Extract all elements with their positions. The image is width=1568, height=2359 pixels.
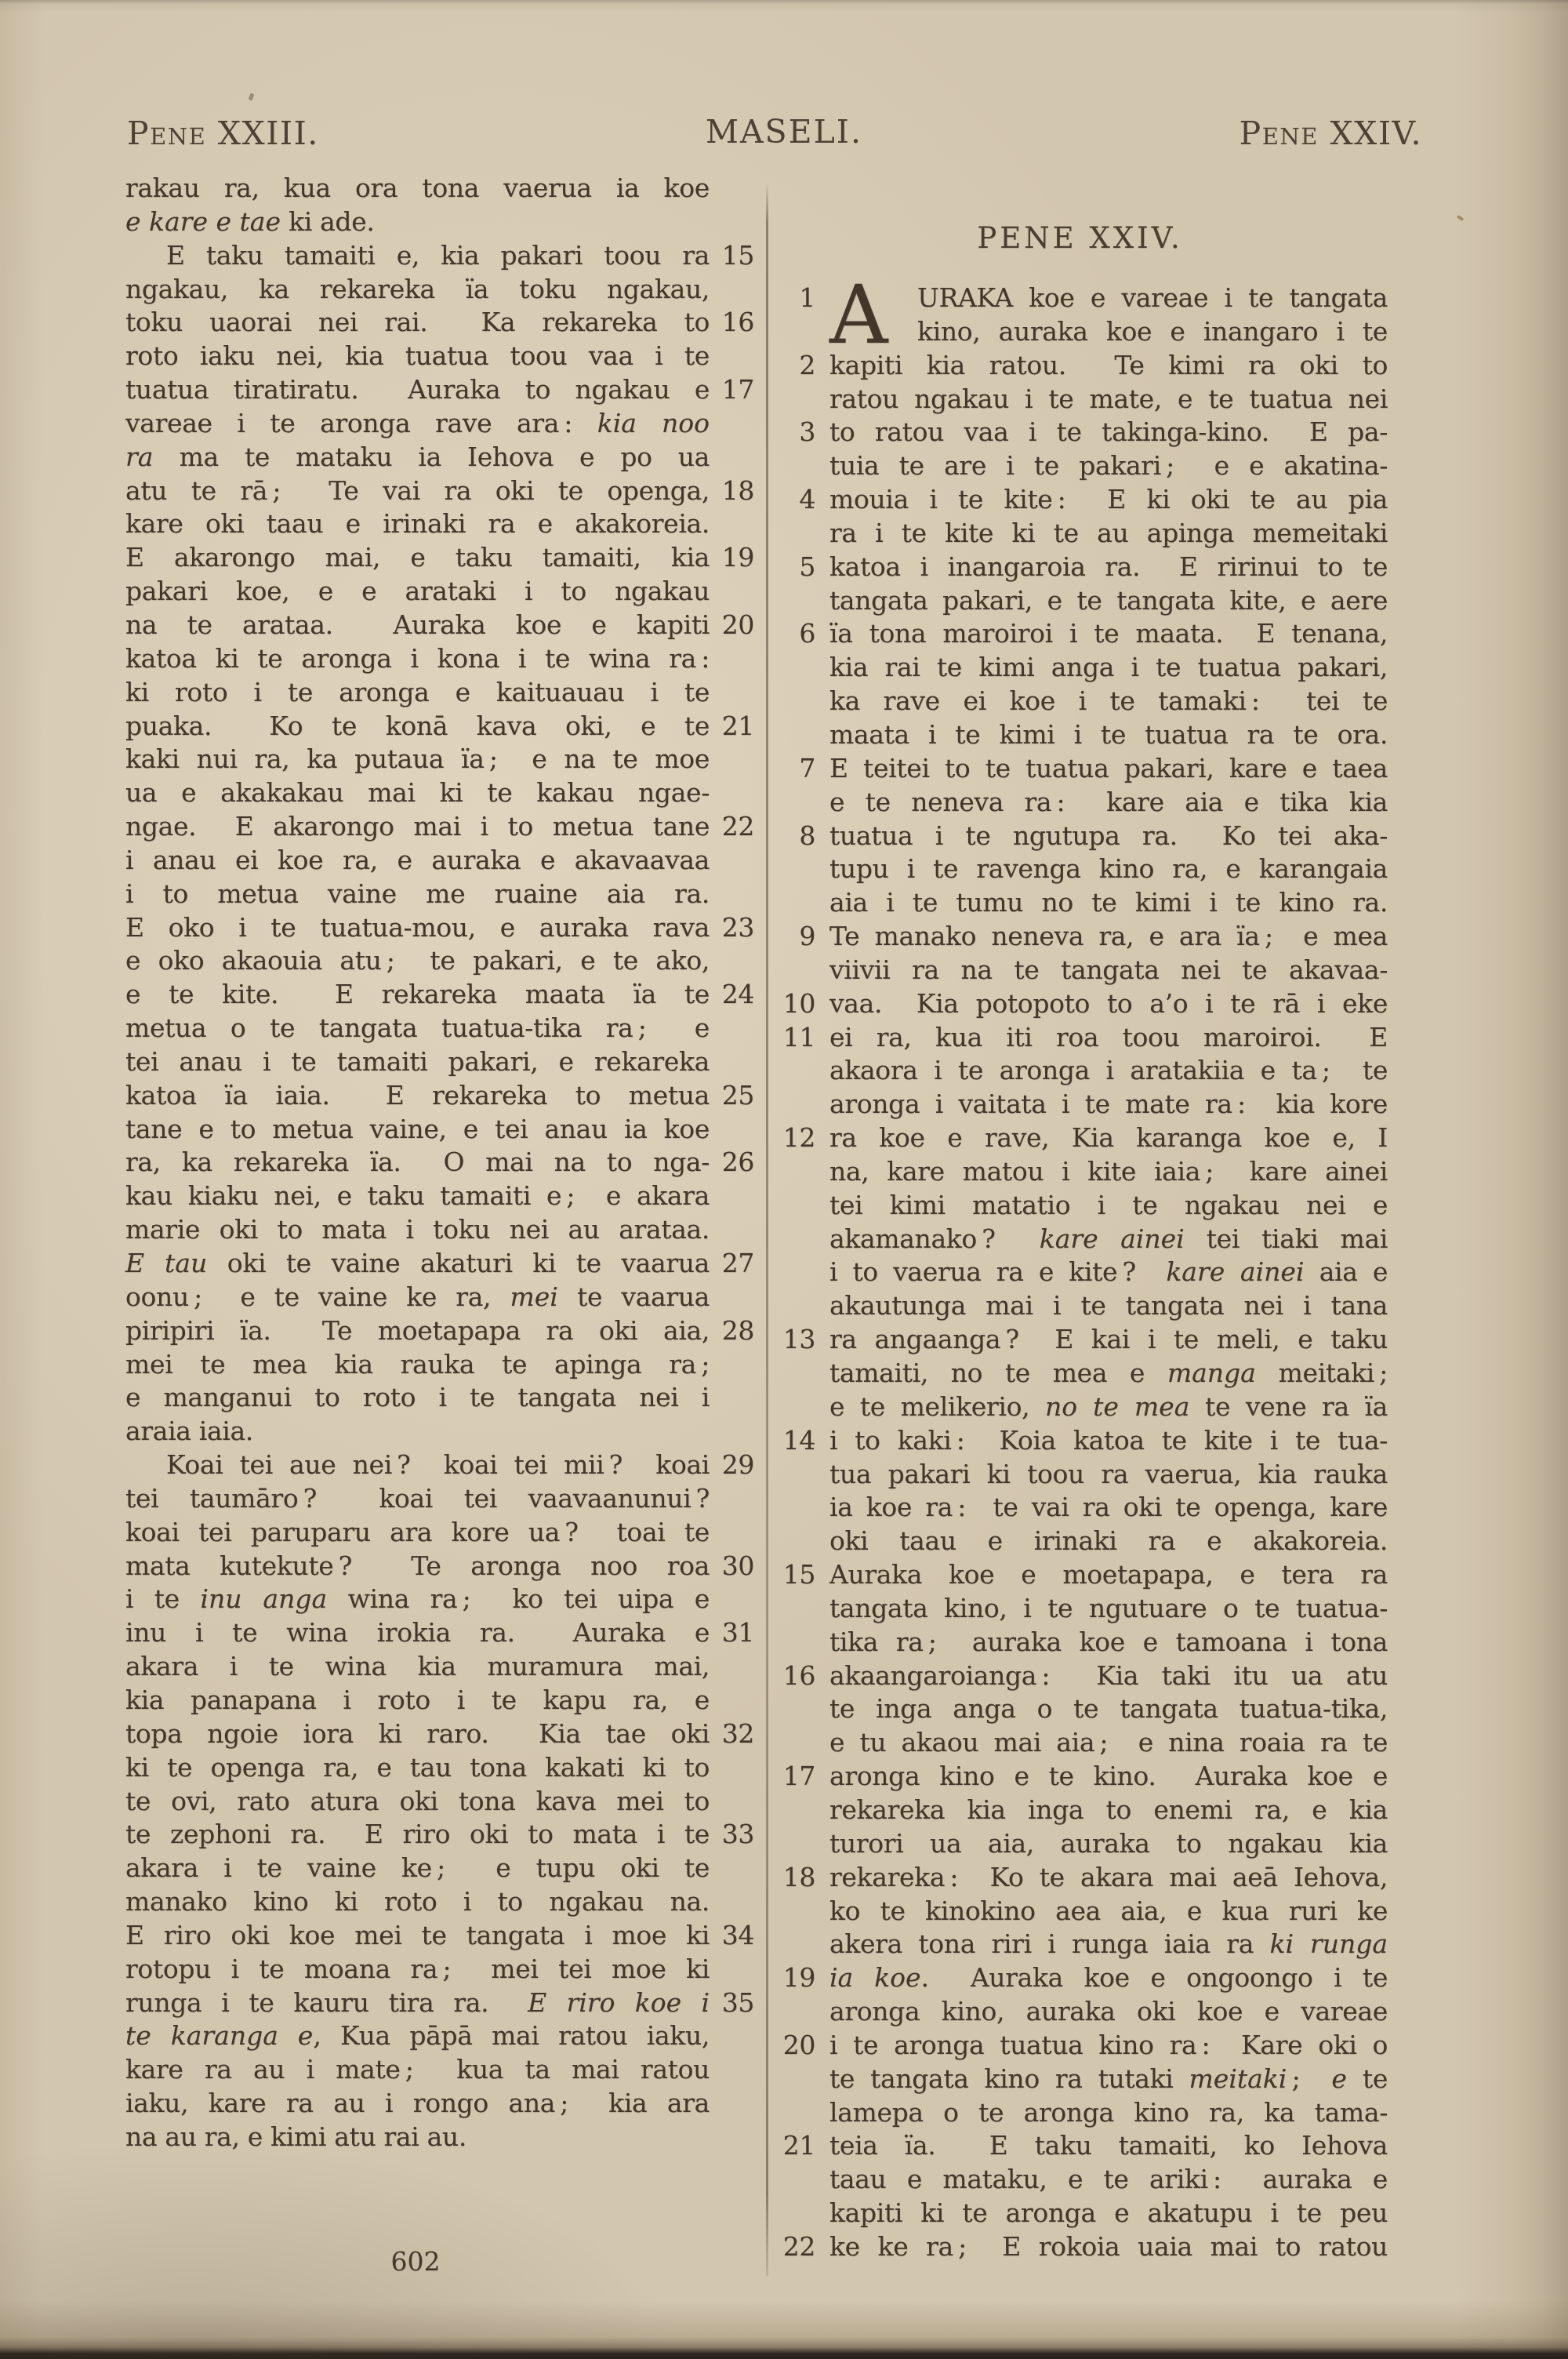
- verse-text: kino, auraka koe e inangaro i te: [829, 315, 1388, 349]
- verse-line: kau kiaku nei, e taku tamaiti e ; e akar…: [125, 1179, 754, 1213]
- verse-text: na au ra, e kimi atu rai au.: [125, 2121, 710, 2154]
- verse-number: [710, 340, 754, 373]
- verse-line: ua e akakakau mai ki te kakau ngae-: [125, 776, 754, 810]
- verse-number: [775, 1458, 815, 1492]
- verse-number: 12: [775, 1121, 815, 1155]
- verse-line: mei te mea kia rauka te apinga ra ;: [125, 1348, 754, 1382]
- verse-text: na te arataa. Auraka koe e kapiti: [125, 609, 710, 642]
- verse-number: 23: [710, 911, 754, 945]
- verse-number: 32: [710, 1717, 754, 1751]
- verse-line: E riro oki koe mei te tangata i moe ki34: [125, 1919, 754, 1953]
- verse-line: na te arataa. Auraka koe e kapiti20: [125, 609, 754, 642]
- verse-number: [775, 1692, 815, 1726]
- verse-line: na au ra, e kimi atu rai au.: [125, 2121, 754, 2154]
- verse-text: oonu ; e te vaine ke ra, mei te vaarua: [125, 1281, 710, 1314]
- verse-number: 3: [775, 416, 815, 449]
- verse-line: metua o te tangata tuatua-tika ra ; e: [125, 1012, 754, 1045]
- verse-number: [710, 642, 754, 676]
- verse-line: 4mouia i te kite : E ki oki te au pia: [775, 483, 1388, 517]
- verse-text: na, kare matou i kite iaia ; kare ainei: [829, 1155, 1388, 1189]
- verse-number: 6: [775, 617, 815, 651]
- verse-text: te tangata kino ra tutaki meitaki ; e te: [829, 2063, 1388, 2096]
- verse-text: tamaiti, no te mea e manga meitaki ;: [829, 1357, 1388, 1390]
- verse-line: kare ra au i mate ; kua ta mai ratou: [125, 2053, 754, 2087]
- verse-line: e te neneva ra : kare aia e tika kia: [775, 786, 1388, 820]
- verse-text: mouia i te kite : E ki oki te au pia: [829, 483, 1388, 517]
- verse-number: [775, 1928, 815, 1961]
- verse-number: 16: [710, 306, 754, 340]
- verse-number: [710, 1012, 754, 1045]
- verse-text: ïa tona maroiroi i te maata. E tenana,: [829, 617, 1388, 651]
- verse-text: turori ua aia, auraka to ngakau kia: [829, 1827, 1388, 1861]
- verse-text: kia rai te kimi anga i te tuatua pakari,: [829, 651, 1388, 685]
- verse-line: ia koe ra : te vai ra oki te openga, kar…: [775, 1491, 1388, 1525]
- verse-text: te inga anga o te tangata tuatua-tika,: [829, 1692, 1388, 1726]
- verse-text: akamanako ? kare ainei tei tiaki mai: [829, 1223, 1388, 1256]
- verse-line: kia panapana i roto i te kapu ra, e: [125, 1684, 754, 1717]
- verse-line: e te kite. E rekareka maata ïa te24: [125, 978, 754, 1012]
- verse-number: 22: [775, 2230, 815, 2264]
- verse-text: ei ra, kua iti roa toou maroiroi. E: [829, 1021, 1388, 1055]
- verse-number: [710, 743, 754, 776]
- verse-text: metua o te tangata tuatua-tika ra ; e: [125, 1012, 710, 1045]
- verse-line: iaku, kare ra au i rongo ana ; kia ara: [125, 2087, 754, 2121]
- verse-line: te ovi, rato atura oki tona kava mei to: [125, 1785, 754, 1819]
- verse-line: 12ra koe e rave, Kia karanga koe e, I: [775, 1121, 1388, 1155]
- verse-text: tika ra ; auraka koe e tamoana i tona: [829, 1626, 1388, 1659]
- verse-text: akara i te wina kia muramura mai,: [125, 1650, 710, 1684]
- verse-line: 18rekareka : Ko te akara mai aeā Iehova,: [775, 1861, 1388, 1895]
- verse-number: [775, 1289, 815, 1323]
- verse-text: rekareka kia inga to enemi ra, e kia: [829, 1794, 1388, 1827]
- verse-number: [775, 1155, 815, 1189]
- verse-number: [710, 844, 754, 878]
- verse-line: aronga i vaitata i te mate ra : kia kore: [775, 1088, 1388, 1121]
- verse-number: [775, 517, 815, 551]
- chapter-heading: PENE XXIV.: [772, 221, 1388, 255]
- verse-number: [775, 1357, 815, 1390]
- verse-number: 4: [775, 483, 815, 517]
- verse-number: [775, 1256, 815, 1289]
- verse-number: 14: [775, 1424, 815, 1458]
- verse-number: 26: [710, 1146, 754, 1179]
- verse-number: 28: [710, 1314, 754, 1348]
- verse-number: 21: [775, 2129, 815, 2163]
- verse-text: kia panapana i roto i te kapu ra, e: [125, 1684, 710, 1717]
- verse-text: inu i te wina irokia ra. Auraka e: [125, 1616, 710, 1650]
- verse-line: E akarongo mai, e taku tamaiti, kia19: [125, 541, 754, 575]
- verse-line: vareae i te aronga rave ara : kia noo: [125, 407, 754, 441]
- verse-text: rakau ra, kua ora tona vaerua ia koe: [125, 172, 710, 205]
- verse-text: E riro oki koe mei te tangata i moe ki: [125, 1919, 710, 1953]
- verse-text: i te inu anga wina ra ; ko tei uipa e: [125, 1583, 710, 1616]
- verse-line: te inga anga o te tangata tuatua-tika,: [775, 1692, 1388, 1726]
- verse-number: 30: [710, 1550, 754, 1583]
- verse-line: maata i te kimi i te tuatua ra te ora.: [775, 718, 1388, 752]
- verse-number: [775, 1054, 815, 1088]
- verse-text: tangata kino, i te ngutuare o te tuatua-: [829, 1592, 1388, 1626]
- verse-text: kare oki taau e irinaki ra e akakoreia.: [125, 507, 710, 541]
- verse-text: ngakau, ka rekareka ïa toku ngakau,: [125, 273, 710, 307]
- verse-number: 9: [775, 920, 815, 954]
- verse-line: 11ei ra, kua iti roa toou maroiroi. E: [775, 1021, 1388, 1055]
- verse-text: ia koe ra : te vai ra oki te openga, kar…: [829, 1491, 1388, 1525]
- verse-number: 24: [710, 978, 754, 1012]
- verse-text: kapiti ki te aronga e akatupu i te peu: [829, 2197, 1388, 2230]
- verse-text: i to metua vaine me ruaine aia ra.: [125, 878, 710, 911]
- verse-number: 7: [775, 752, 815, 786]
- verse-line: ratou ngakau i te mate, e te tuatua nei: [775, 383, 1388, 416]
- verse-line: i to vaerua ra e kite ? kare ainei aia e: [775, 1256, 1388, 1289]
- verse-number: [710, 878, 754, 911]
- verse-line: ki te openga ra, e tau tona kakati ki to: [125, 1751, 754, 1785]
- verse-text: tua pakari ki toou ra vaerua, kia rauka: [829, 1458, 1388, 1492]
- verse-number: 35: [710, 1986, 754, 2020]
- verse-line: mata kutekute ? Te aronga noo roa30: [125, 1550, 754, 1583]
- verse-number: 2: [775, 349, 815, 383]
- verse-line: ka rave ei koe i te tamaki : tei te: [775, 685, 1388, 718]
- verse-line: rotopu i te moana ra ; mei tei moe ki: [125, 1953, 754, 1986]
- verse-number: [710, 1482, 754, 1516]
- verse-line: 17aronga kino e te kino. Auraka koe e: [775, 1760, 1388, 1794]
- verse-number: [710, 2053, 754, 2087]
- verse-text: oki taau e irinaki ra e akakoreia.: [829, 1525, 1388, 1558]
- verse-text: tei taumāro ? koai tei vaavaanunui ?: [125, 1482, 710, 1516]
- verse-line: e te melikerio, no te mea te vene ra ïa: [775, 1390, 1388, 1424]
- verse-text: ke ke ra ; E rokoia uaia mai to ratou: [829, 2230, 1388, 2264]
- drop-cap: A: [829, 282, 887, 348]
- verse-line: taau e mataku, e te ariki : auraka e: [775, 2163, 1388, 2197]
- verse-number: 18: [710, 474, 754, 508]
- verse-text: i to vaerua ra e kite ? kare ainei aia e: [829, 1256, 1388, 1289]
- verse-line: 16akaangaroianga : Kia taki itu ua atu: [775, 1659, 1388, 1693]
- verse-number: [710, 1953, 754, 1986]
- paper-speck: [249, 93, 255, 100]
- verse-number: 11: [775, 1021, 815, 1055]
- verse-line: marie oki to mata i toku nei au arataa.: [125, 1213, 754, 1247]
- verse-text: mei te mea kia rauka te apinga ra ;: [125, 1348, 710, 1382]
- verse-number: [775, 383, 815, 416]
- verse-number: [710, 676, 754, 710]
- verse-number: [775, 2096, 815, 2130]
- verse-line: atu te rā ; Te vai ra oki te openga,18: [125, 474, 754, 508]
- verse-text: Te manako neneva ra, e ara ïa ; e mea: [829, 920, 1388, 954]
- verse-text: ia koe. Auraka koe e ongoongo i te: [829, 1961, 1388, 1995]
- verse-number: [710, 1785, 754, 1819]
- verse-line: ko te kinokino aea aia, e kua ruri ke: [775, 1895, 1388, 1928]
- verse-number: [775, 651, 815, 685]
- verse-line: tangata pakari, e te tangata kite, e aer…: [775, 584, 1388, 618]
- verse-line: 13ra angaanga ? E kai i te meli, e taku: [775, 1323, 1388, 1357]
- verse-text: mata kutekute ? Te aronga noo roa: [125, 1550, 710, 1583]
- verse-line: turori ua aia, auraka to ngakau kia: [775, 1827, 1388, 1861]
- verse-line: E taku tamaiti e, kia pakari toou ra15: [125, 239, 754, 273]
- verse-line: ngae. E akarongo mai i to metua tane22: [125, 810, 754, 844]
- verse-number: [775, 786, 815, 820]
- verse-line: akera tona riri i runga iaia ra ki runga: [775, 1928, 1388, 1961]
- verse-line: runga i te kauru tira ra. E riro koe i35: [125, 1986, 754, 2020]
- verse-text: araia iaia.: [125, 1415, 710, 1448]
- verse-number: 8: [775, 820, 815, 853]
- verse-text: E tau oki te vaine akaturi ki te vaarua: [125, 1247, 710, 1281]
- verse-text: E akarongo mai, e taku tamaiti, kia: [125, 541, 710, 575]
- verse-number: [710, 1381, 754, 1415]
- verse-text: aia i te tumu no te kimi i te kino ra.: [829, 886, 1388, 920]
- verse-line: te tangata kino ra tutaki meitaki ; e te: [775, 2063, 1388, 2096]
- verse-text: e tu akaou mai aia ; e nina roaia ra te: [829, 1726, 1388, 1760]
- verse-text: runga i te kauru tira ra. E riro koe i: [125, 1986, 710, 2020]
- verse-number: [710, 776, 754, 810]
- verse-line: i te inu anga wina ra ; ko tei uipa e: [125, 1583, 754, 1616]
- verse-text: te zephoni ra. E riro oki to mata i te: [125, 1818, 710, 1852]
- verse-line: viivii ra na te tangata nei te akavaa-: [775, 954, 1388, 987]
- verse-line: ngakau, ka rekareka ïa toku ngakau,: [125, 273, 754, 307]
- verse-text: ra angaanga ? E kai i te meli, e taku: [829, 1323, 1388, 1357]
- verse-text: tane e to metua vaine, e tei anau ia koe: [125, 1113, 710, 1147]
- verse-text: rekareka : Ko te akara mai aeā Iehova,: [829, 1861, 1388, 1895]
- verse-number: 17: [775, 1760, 815, 1794]
- verse-line: i to metua vaine me ruaine aia ra.: [125, 878, 754, 911]
- verse-number: [775, 1995, 815, 2029]
- verse-text: ka rave ei koe i te tamaki : tei te: [829, 685, 1388, 718]
- verse-line: 9Te manako neneva ra, e ara ïa ; e mea: [775, 920, 1388, 954]
- verse-text: akera tona riri i runga iaia ra ki runga: [829, 1928, 1388, 1961]
- verse-number: 1: [775, 282, 815, 315]
- verse-text: manako kino ki roto i to ngakau na.: [125, 1885, 710, 1919]
- verse-number: 20: [775, 2029, 815, 2063]
- verse-line: kapiti ki te aronga e akatupu i te peu: [775, 2197, 1388, 2230]
- verse-text: ratou ngakau i te mate, e te tuatua nei: [829, 383, 1388, 416]
- verse-line: ra ma te mataku ia Iehova e po ua: [125, 441, 754, 474]
- verse-line: tane e to metua vaine, e tei anau ia koe: [125, 1113, 754, 1147]
- verse-line: tei kimi matatio i te ngakau nei e: [775, 1189, 1388, 1223]
- verse-text: marie oki to mata i toku nei au arataa.: [125, 1213, 710, 1247]
- verse-line: ra i te kite ki te au apinga memeitaki: [775, 517, 1388, 551]
- verse-number: [710, 1045, 754, 1079]
- verse-number: 15: [710, 239, 754, 273]
- verse-text: kapiti kia ratou. Te kimi ra oki to: [829, 349, 1388, 383]
- verse-text: ra koe e rave, Kia karanga koe e, I: [829, 1121, 1388, 1155]
- verse-line: tupu i te ravenga kino ra, e karangaia: [775, 852, 1388, 886]
- verse-text: i to kaki : Koia katoa te kite i te tua-: [829, 1424, 1388, 1458]
- verse-line: 21teia ïa. E taku tamaiti, ko Iehova: [775, 2129, 1388, 2163]
- verse-line: akaora i te aronga i aratakiia e ta ; te: [775, 1054, 1388, 1088]
- verse-line: 22ke ke ra ; E rokoia uaia mai to ratou: [775, 2230, 1388, 2264]
- verse-number: 13: [775, 1323, 815, 1357]
- verse-text: Auraka koe e moetapapa, e tera ra: [829, 1558, 1388, 1592]
- verse-number: 29: [710, 1448, 754, 1482]
- verse-text: akaangaroianga : Kia taki itu ua atu: [829, 1659, 1388, 1693]
- verse-text: roto iaku nei, kia tuatua toou vaa i te: [125, 340, 710, 373]
- verse-number: [710, 1583, 754, 1616]
- verse-number: [710, 944, 754, 978]
- verse-line: tei anau i te tamaiti pakari, e rekareka: [125, 1045, 754, 1079]
- verse-number: [775, 886, 815, 920]
- verse-text: ua e akakakau mai ki te kakau ngae-: [125, 776, 710, 810]
- verse-line: puaka. Ko te konā kava oki, e te21: [125, 710, 754, 743]
- verse-number: [775, 1491, 815, 1525]
- verse-number: [710, 1516, 754, 1550]
- verse-line: e manganui to roto i te tangata nei i: [125, 1381, 754, 1415]
- verse-text: Koai tei aue nei ? koai tei mii ? koai: [125, 1448, 710, 1482]
- verse-text: viivii ra na te tangata nei te akavaa-: [829, 954, 1388, 987]
- verse-number: [775, 1626, 815, 1659]
- verse-line: rekareka kia inga to enemi ra, e kia: [775, 1794, 1388, 1827]
- verse-text: tei kimi matatio i te ngakau nei e: [829, 1189, 1388, 1223]
- verse-text: toku uaorai nei rai. Ka rekareka to: [125, 306, 710, 340]
- verse-text: URAKA koe e vareae i te tangata: [829, 282, 1388, 315]
- verse-number: [710, 2121, 754, 2154]
- verse-number: [710, 1852, 754, 1885]
- verse-number: [710, 172, 754, 205]
- verse-line: 14i to kaki : Koia katoa te kite i te tu…: [775, 1424, 1388, 1458]
- verse-line: akamanako ? kare ainei tei tiaki mai: [775, 1223, 1388, 1256]
- verse-text: piripiri ïa. Te moetapapa ra oki aia,: [125, 1314, 710, 1348]
- verse-number: [775, 1189, 815, 1223]
- verse-text: akaora i te aronga i aratakiia e ta ; te: [829, 1054, 1388, 1088]
- verse-text: E taku tamaiti e, kia pakari toou ra: [125, 239, 710, 273]
- verse-number: 18: [775, 1861, 815, 1895]
- verse-number: [775, 2163, 815, 2197]
- verse-text: vaa. Kia potopoto to a’o i te rā i eke: [829, 987, 1388, 1021]
- verse-line: te karanga e, Kua pāpā mai ratou iaku,: [125, 2019, 754, 2053]
- verse-line: topa ngoie iora ki raro. Kia tae oki32: [125, 1717, 754, 1751]
- verse-text: tuia te are i te pakari ; e e akatina-: [829, 449, 1388, 483]
- verse-number: 21: [710, 710, 754, 743]
- verse-line: 6ïa tona maroiroi i te maata. E tenana,: [775, 617, 1388, 651]
- verse-line: oonu ; e te vaine ke ra, mei te vaarua: [125, 1281, 754, 1314]
- verse-text: maata i te kimi i te tuatua ra te ora.: [829, 718, 1388, 752]
- right-column: A 1URAKA koe e vareae i te tangatakino, …: [775, 282, 1388, 2264]
- verse-text: te ovi, rato atura oki tona kava mei to: [125, 1785, 710, 1819]
- verse-line: na, kare matou i kite iaia ; kare ainei: [775, 1155, 1388, 1189]
- verse-line: ki roto i te aronga e kaituauau i te: [125, 676, 754, 710]
- verse-text: vareae i te aronga rave ara : kia noo: [125, 407, 710, 441]
- verse-number: [710, 1113, 754, 1147]
- verse-number: [710, 1684, 754, 1717]
- verse-number: [775, 718, 815, 752]
- verse-text: iaku, kare ra au i rongo ana ; kia ara: [125, 2087, 710, 2121]
- verse-number: 27: [710, 1247, 754, 1281]
- verse-text: i anau ei koe ra, e auraka e akavaavaa: [125, 844, 710, 878]
- verse-line: oki taau e irinaki ra e akakoreia.: [775, 1525, 1388, 1558]
- verse-number: [710, 2087, 754, 2121]
- verse-number: [775, 852, 815, 886]
- verse-text: atu te rā ; Te vai ra oki te openga,: [125, 474, 710, 508]
- verse-text: topa ngoie iora ki raro. Kia tae oki: [125, 1717, 710, 1751]
- verse-line: kaki nui ra, ka putaua ïa ; e na te moe: [125, 743, 754, 776]
- verse-line: tua pakari ki toou ra vaerua, kia rauka: [775, 1458, 1388, 1492]
- verse-text: taau e mataku, e te ariki : auraka e: [829, 2163, 1388, 2197]
- verse-text: katoa ïa iaia. E rekareka to metua: [125, 1079, 710, 1113]
- verse-number: [775, 1726, 815, 1760]
- verse-line: e tu akaou mai aia ; e nina roaia ra te: [775, 1726, 1388, 1760]
- verse-number: 10: [775, 987, 815, 1021]
- verse-line: 10vaa. Kia potopoto to a’o i te rā i eke: [775, 987, 1388, 1021]
- verse-line: i anau ei koe ra, e auraka e akavaavaa: [125, 844, 754, 878]
- verse-line: tei taumāro ? koai tei vaavaanunui ?: [125, 1482, 754, 1516]
- verse-line: tika ra ; auraka koe e tamoana i tona: [775, 1626, 1388, 1659]
- verse-text: e te melikerio, no te mea te vene ra ïa: [829, 1390, 1388, 1424]
- verse-number: 25: [710, 1079, 754, 1113]
- verse-line: 5katoa i inangaroia ra. E ririnui to te: [775, 551, 1388, 584]
- verse-number: 34: [710, 1919, 754, 1953]
- verse-line: araia iaia.: [125, 1415, 754, 1448]
- verse-text: lamepa o te aronga kino ra, ka tama-: [829, 2096, 1388, 2130]
- verse-text: pakari koe, e e arataki i to ngakau: [125, 575, 710, 609]
- verse-number: [775, 1794, 815, 1827]
- verse-text: E teitei to te tuatua pakari, kare e tae…: [829, 752, 1388, 786]
- verse-text: tangata pakari, e te tangata kite, e aer…: [829, 584, 1388, 618]
- verse-text: akautunga mai i te tangata nei i tana: [829, 1289, 1388, 1323]
- verse-text: to ratou vaa i te takinga-kino. E pa-: [829, 416, 1388, 449]
- verse-number: [775, 584, 815, 618]
- verse-number: 17: [710, 373, 754, 407]
- verse-text: e oko akaouia atu ; te pakari, e te ako,: [125, 944, 710, 978]
- verse-number: 15: [775, 1558, 815, 1592]
- verse-number: [710, 1179, 754, 1213]
- verse-number: [775, 1592, 815, 1626]
- verse-text: tei anau i te tamaiti pakari, e rekareka: [125, 1045, 710, 1079]
- verse-line: inu i te wina irokia ra. Auraka e31: [125, 1616, 754, 1650]
- verse-text: e manganui to roto i te tangata nei i: [125, 1381, 710, 1415]
- verse-line: akautunga mai i te tangata nei i tana: [775, 1289, 1388, 1323]
- verse-text: katoa i inangaroia ra. E ririnui to te: [829, 551, 1388, 584]
- verse-number: 20: [710, 609, 754, 642]
- verse-text: rotopu i te moana ra ; mei tei moe ki: [125, 1953, 710, 1986]
- verse-line: tangata kino, i te ngutuare o te tuatua-: [775, 1592, 1388, 1626]
- verse-line: 19ia koe. Auraka koe e ongoongo i te: [775, 1961, 1388, 1995]
- running-header-right: Pene XXIV.: [1240, 114, 1422, 152]
- verse-number: [775, 315, 815, 349]
- verse-line: 3to ratou vaa i te takinga-kino. E pa-: [775, 416, 1388, 449]
- verse-text: e te kite. E rekareka maata ïa te: [125, 978, 710, 1012]
- verse-line: E tau oki te vaine akaturi ki te vaarua2…: [125, 1247, 754, 1281]
- verse-number: [710, 1348, 754, 1382]
- verse-line: te zephoni ra. E riro oki to mata i te33: [125, 1818, 754, 1852]
- verse-line: e kare e tae ki ade.: [125, 205, 754, 239]
- verse-line: roto iaku nei, kia tuatua toou vaa i te: [125, 340, 754, 373]
- verse-number: [710, 407, 754, 441]
- verse-line: aronga kino, auraka oki koe e vareae: [775, 1995, 1388, 2029]
- verse-number: [710, 441, 754, 474]
- verse-line: 8tuatua i te ngutupa ra. Ko tei aka-: [775, 820, 1388, 853]
- verse-number: [710, 1650, 754, 1684]
- verse-text: E oko i te tuatua-mou, e auraka rava: [125, 911, 710, 945]
- verse-number: [710, 2019, 754, 2053]
- verse-line: kia rai te kimi anga i te tuatua pakari,: [775, 651, 1388, 685]
- verse-line: aia i te tumu no te kimi i te kino ra.: [775, 886, 1388, 920]
- verse-line: pakari koe, e e arataki i to ngakau: [125, 575, 754, 609]
- verse-number: [775, 1525, 815, 1558]
- verse-line: katoa ïa iaia. E rekareka to metua25: [125, 1079, 754, 1113]
- verse-line: koai tei paruparu ara kore ua ? toai te: [125, 1516, 754, 1550]
- verse-number: [775, 1895, 815, 1928]
- page-number: 602: [368, 2246, 463, 2277]
- verse-text: te karanga e, Kua pāpā mai ratou iaku,: [125, 2019, 710, 2053]
- verse-number: [710, 575, 754, 609]
- verse-number: 31: [710, 1616, 754, 1650]
- verse-number: [775, 954, 815, 987]
- verse-line: akara i te vaine ke ; e tupu oki te: [125, 1852, 754, 1885]
- verse-text: aronga i vaitata i te mate ra : kia kore: [829, 1088, 1388, 1121]
- verse-line: akara i te wina kia muramura mai,: [125, 1650, 754, 1684]
- verse-number: [710, 1213, 754, 1247]
- verse-number: [775, 1088, 815, 1121]
- verse-text: tupu i te ravenga kino ra, e karangaia: [829, 852, 1388, 886]
- verse-text: aronga kino, auraka oki koe e vareae: [829, 1995, 1388, 2029]
- verse-number: [775, 2197, 815, 2230]
